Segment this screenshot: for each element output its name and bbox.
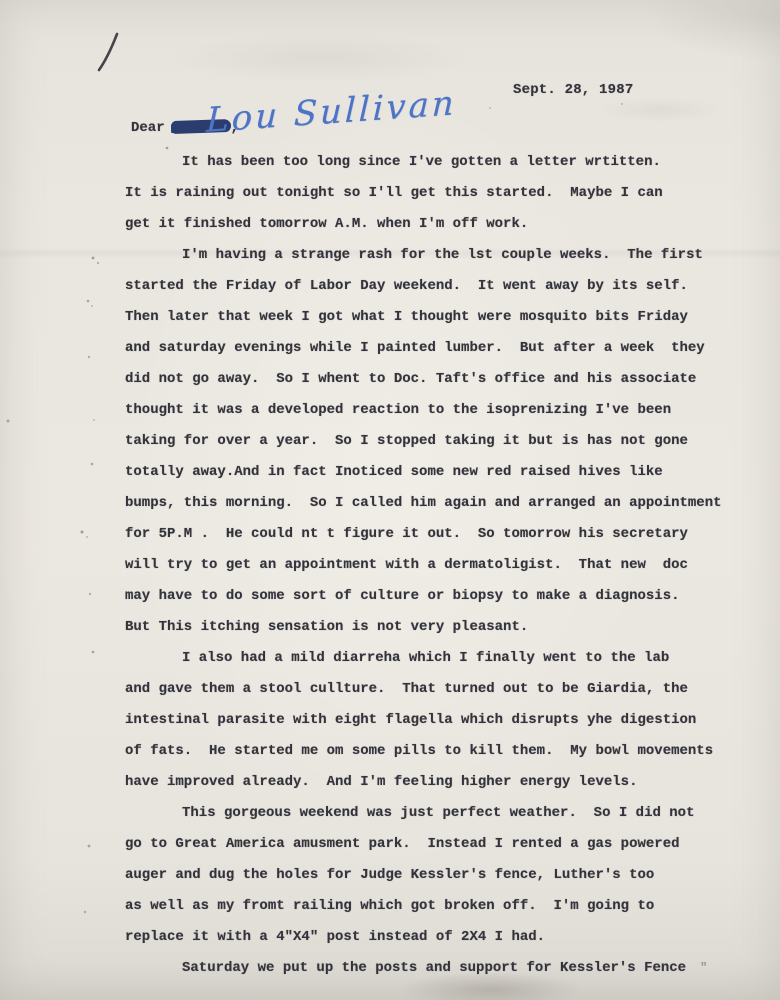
letter-line: taking for over a year. So I stopped tak…: [125, 426, 773, 457]
letter-line: This gorgeous weekend was just perfect w…: [125, 798, 773, 829]
faint-pen-mark: ": [700, 961, 707, 975]
letter-line: But This itching sensation is not very p…: [125, 612, 773, 643]
letter-line: intestinal parasite with eight flagella …: [125, 705, 773, 736]
letter-line: totally away.And in fact Inoticed some n…: [125, 457, 773, 488]
letter-line: go to Great America amusment park. Inste…: [125, 829, 773, 860]
letter-line: Saturday we put up the posts and support…: [125, 953, 773, 984]
salutation-prefix: Dear: [131, 120, 165, 136]
letter-line: did not go away. So I whent to Doc. Taft…: [125, 364, 773, 395]
letter-line-text: Saturday we put up the posts and support…: [182, 960, 686, 976]
letter-line: as well as my fromt railing which got br…: [125, 891, 773, 922]
handwritten-page-mark: [99, 34, 117, 70]
letter-line: for 5P.M . He could nt t figure it out. …: [125, 519, 773, 550]
letter-line: replace it with a 4"X4" post instead of …: [125, 922, 773, 953]
letter-line: may have to do some sort of culture or b…: [125, 581, 773, 612]
letter-line: of fats. He started me om some pills to …: [125, 736, 773, 767]
letter-line: started the Friday of Labor Day weekend.…: [125, 271, 773, 302]
letter-line: I'm having a strange rash for the lst co…: [125, 240, 773, 271]
letter-line: It has been too long since I've gotten a…: [125, 147, 773, 178]
letter-line: have improved already. And I'm feeling h…: [125, 767, 773, 798]
letter-line: I also had a mild diarreha which I final…: [125, 643, 773, 674]
letter-line: thought it was a developed reaction to t…: [125, 395, 773, 426]
scanned-letter-page: { "letter": { "date": "Sept. 28, 1987", …: [0, 0, 780, 1000]
letter-line: Then later that week I got what I though…: [125, 302, 773, 333]
letter-line: get it finished tomorrow A.M. when I'm o…: [125, 209, 773, 240]
letter-line: auger and dug the holes for Judge Kessle…: [125, 860, 773, 891]
letter-line: will try to get an appointment with a de…: [125, 550, 773, 581]
letter-body: It has been too long since I've gotten a…: [125, 147, 773, 984]
letter-line: bumps, this morning. So I called him aga…: [125, 488, 773, 519]
letter-line: and saturday evenings while I painted lu…: [125, 333, 773, 364]
letter-line: and gave them a stool cullture. That tur…: [125, 674, 773, 705]
letter-line: It is raining out tonight so I'll get th…: [125, 178, 773, 209]
letter-date: Sept. 28, 1987: [513, 82, 633, 98]
